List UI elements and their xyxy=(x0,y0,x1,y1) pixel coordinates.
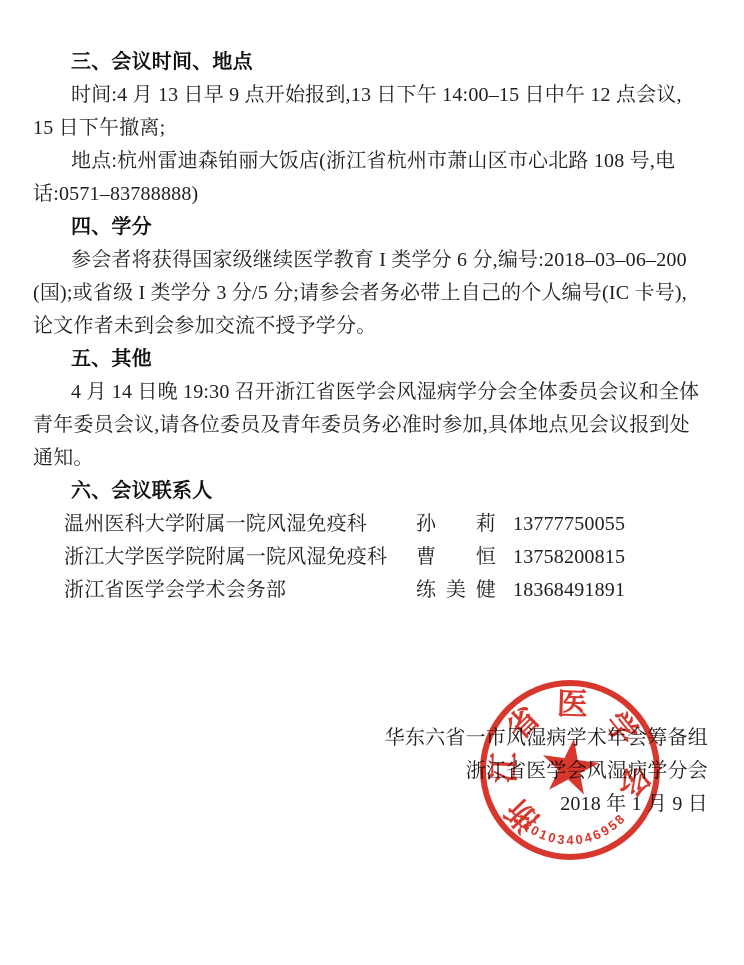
section-heading: 四、学分 xyxy=(33,211,710,244)
seal-serial-digit: 0 xyxy=(575,832,584,846)
signature-block: 华东六省一市风湿病学术年会筹备组浙江省医学会风湿病学分会2018 年 1 月 9… xyxy=(33,722,710,821)
text-line: 论文作者未到会参加交流不授予学分。 xyxy=(33,310,710,343)
text-line: 参会者将获得国家级继续医学教育 I 类学分 6 分,编号:2018–03–06–… xyxy=(33,244,710,277)
section: 三、会议时间、地点时间:4 月 13 日早 9 点开始报到,13 日下午 14:… xyxy=(33,46,710,211)
contacts-table: 温州医科大学附属一院风湿免疫科孙 莉13777750055浙江大学医学院附属一院… xyxy=(33,508,710,607)
paragraph: 时间:4 月 13 日早 9 点开始报到,13 日下午 14:00–15 日中午… xyxy=(33,79,710,145)
document-body: 三、会议时间、地点时间:4 月 13 日早 9 点开始报到,13 日下午 14:… xyxy=(0,0,744,821)
contact-row: 浙江省医学会学术会务部练美健18368491891 xyxy=(33,574,710,607)
contact-row: 浙江大学医学院附属一院风湿免疫科曹 恒13758200815 xyxy=(33,541,710,574)
text-line: 青年委员会议,请各位委员及青年委员务必准时参加,具体地点见会议报到处 xyxy=(33,409,710,442)
section-heading: 三、会议时间、地点 xyxy=(33,46,710,79)
contact-org: 浙江大学医学院附属一院风湿免疫科 xyxy=(64,541,416,574)
contact-phone: 13758200815 xyxy=(513,541,625,574)
section: 六、会议联系人 xyxy=(33,475,710,508)
sections: 三、会议时间、地点时间:4 月 13 日早 9 点开始报到,13 日下午 14:… xyxy=(33,46,710,508)
contact-row: 温州医科大学附属一院风湿免疫科孙 莉13777750055 xyxy=(33,508,710,541)
section-heading: 五、其他 xyxy=(33,343,710,376)
signature-line: 华东六省一市风湿病学术年会筹备组 xyxy=(33,722,708,755)
paragraph: 参会者将获得国家级继续医学教育 I 类学分 6 分,编号:2018–03–06–… xyxy=(33,244,710,343)
text-line: 话:0571–83788888) xyxy=(33,178,710,211)
section-heading: 六、会议联系人 xyxy=(33,475,710,508)
paragraph: 地点:杭州雷迪森铂丽大饭店(浙江省杭州市萧山区市心北路 108 号,电话:057… xyxy=(33,145,710,211)
contact-org: 浙江省医学会学术会务部 xyxy=(64,574,416,607)
contact-name: 练美健 xyxy=(416,574,496,607)
text-line: 通知。 xyxy=(33,442,710,475)
contact-phone: 13777750055 xyxy=(513,508,625,541)
section: 五、其他4 月 14 日晚 19:30 召开浙江省医学会风湿病学分会全体委员会议… xyxy=(33,343,710,475)
contact-org: 温州医科大学附属一院风湿免疫科 xyxy=(64,508,416,541)
seal-serial-digit: 4 xyxy=(566,834,573,847)
section: 四、学分参会者将获得国家级继续医学教育 I 类学分 6 分,编号:2018–03… xyxy=(33,211,710,343)
contact-name: 孙 莉 xyxy=(416,508,496,541)
text-line: 时间:4 月 13 日早 9 点开始报到,13 日下午 14:00–15 日中午… xyxy=(33,79,710,112)
contact-name: 曹 恒 xyxy=(416,541,496,574)
text-line: (国);或省级 I 类学分 3 分/5 分;请参会者务必带上自己的个人编号(IC… xyxy=(33,277,710,310)
paragraph: 4 月 14 日晚 19:30 召开浙江省医学会风湿病学分会全体委员会议和全体青… xyxy=(33,376,710,475)
contact-phone: 18368491891 xyxy=(513,574,625,607)
text-line: 4 月 14 日晚 19:30 召开浙江省医学会风湿病学分会全体委员会议和全体 xyxy=(33,376,710,409)
signature-line: 2018 年 1 月 9 日 xyxy=(33,788,708,821)
text-line: 地点:杭州雷迪森铂丽大饭店(浙江省杭州市萧山区市心北路 108 号,电 xyxy=(33,145,710,178)
text-line: 15 日下午撤离; xyxy=(33,112,710,145)
signature-line: 浙江省医学会风湿病学分会 xyxy=(33,755,708,788)
document-page: 浙江省医学会 ★ 3301034046958 三、会议时间、地点时间:4 月 1… xyxy=(0,0,744,965)
spacer xyxy=(33,607,710,722)
